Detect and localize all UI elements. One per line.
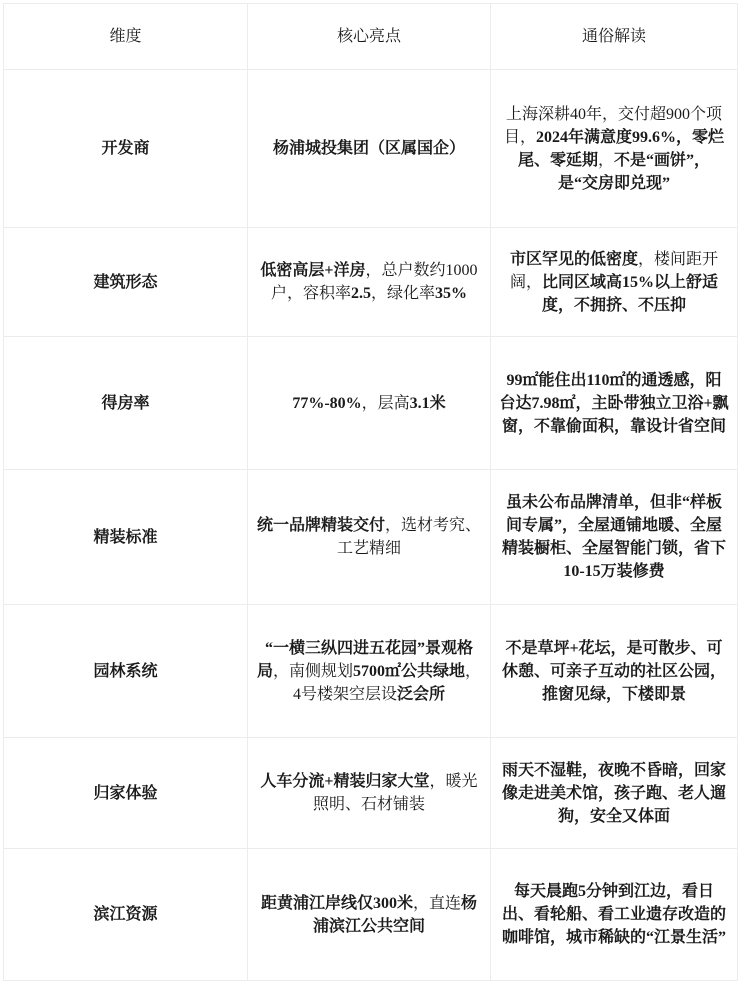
text-segment: 杨浦城投集团（区属国企） (273, 140, 465, 157)
comparison-table: 维度 核心亮点 通俗解读 开发商杨浦城投集团（区属国企）上海深耕40年，交付超9… (3, 3, 738, 981)
header-row: 维度 核心亮点 通俗解读 (4, 4, 738, 70)
cell-dimension: 园林系统 (4, 605, 248, 738)
text-segment: 虽未公布品牌清单，但非“样板间专属”，全屋通铺地暖、全屋精装橱柜、全屋智能门锁，… (502, 494, 726, 580)
text-segment: ，直连 (413, 895, 461, 912)
text-segment: 99㎡能住出110㎡的通透感，阳台达7.98㎡，主卧带独立卫浴+飘窗，不靠偷面积… (499, 372, 728, 435)
text-segment: 精装标准 (93, 529, 157, 546)
cell-interpretation: 市区罕见的低密度，楼间距开阔，比同区域高15%以上舒适度，不拥挤、不压抑 (491, 228, 738, 337)
text-segment: 77%-80% (292, 395, 361, 412)
cell-highlight: 距黄浦江岸线仅300米，直连杨浦滨江公共空间 (248, 849, 491, 981)
table-body: 开发商杨浦城投集团（区属国企）上海深耕40年，交付超900个项目，2024年满意… (4, 70, 738, 981)
cell-dimension: 建筑形态 (4, 228, 248, 337)
text-segment: 建筑形态 (93, 274, 157, 291)
column-header-highlight: 核心亮点 (248, 4, 491, 70)
text-segment: 泛会所 (397, 686, 445, 703)
cell-highlight: 低密高层+洋房，总户数约1000户，容积率2.5，绿化率35% (248, 228, 491, 337)
text-segment: 3.1米 (410, 395, 446, 412)
text-segment: 低密高层+洋房 (260, 262, 365, 279)
text-segment: 市区罕见的低密度 (510, 251, 638, 268)
text-segment: ，层高 (362, 395, 410, 412)
text-segment: 开发商 (101, 140, 149, 157)
cell-highlight: “一横三纵四进五花园”景观格局，南侧规划5700㎡公共绿地，4号楼架空层设泛会所 (248, 605, 491, 738)
cell-dimension: 精装标准 (4, 470, 248, 605)
cell-highlight: 统一品牌精装交付，选材考究、工艺精细 (248, 470, 491, 605)
text-segment: 雨天不湿鞋，夜晚不昏暗，回家像走进美术馆，孩子跑、老人遛狗，安全又体面 (502, 762, 726, 825)
text-segment: 不是草坪+花坛，是可散步、可休憩、可亲子互动的社区公园，推窗见绿，下楼即景 (502, 640, 726, 703)
cell-dimension: 开发商 (4, 70, 248, 228)
table-row: 精装标准统一品牌精装交付，选材考究、工艺精细虽未公布品牌清单，但非“样板间专属”… (4, 470, 738, 605)
cell-dimension: 得房率 (4, 337, 248, 470)
text-segment: 园林系统 (93, 663, 157, 680)
text-segment: ，绿化率 (371, 285, 435, 302)
column-header-interpretation: 通俗解读 (491, 4, 738, 70)
table-row: 园林系统“一横三纵四进五花园”景观格局，南侧规划5700㎡公共绿地，4号楼架空层… (4, 605, 738, 738)
cell-interpretation: 99㎡能住出110㎡的通透感，阳台达7.98㎡，主卧带独立卫浴+飘窗，不靠偷面积… (491, 337, 738, 470)
cell-highlight: 77%-80%，层高3.1米 (248, 337, 491, 470)
cell-dimension: 滨江资源 (4, 849, 248, 981)
text-segment: 人车分流+精装归家大堂 (260, 773, 429, 790)
text-segment: 滨江资源 (93, 906, 157, 923)
text-segment: 归家体验 (93, 785, 157, 802)
table-row: 得房率77%-80%，层高3.1米99㎡能住出110㎡的通透感，阳台达7.98㎡… (4, 337, 738, 470)
table-row: 归家体验人车分流+精装归家大堂，暖光照明、石材铺装雨天不湿鞋，夜晚不昏暗，回家像… (4, 738, 738, 849)
table-header: 维度 核心亮点 通俗解读 (4, 4, 738, 70)
text-segment: ， (598, 152, 614, 169)
text-segment: 距黄浦江岸线仅300米 (261, 895, 413, 912)
text-segment: ，南侧规划 (273, 663, 353, 680)
text-segment: 2.5 (351, 285, 371, 302)
text-segment: 得房率 (101, 395, 149, 412)
text-segment: 比同区域高15%以上舒适度，不拥挤、不压抑 (542, 274, 718, 314)
cell-interpretation: 雨天不湿鞋，夜晚不昏暗，回家像走进美术馆，孩子跑、老人遛狗，安全又体面 (491, 738, 738, 849)
cell-highlight: 人车分流+精装归家大堂，暖光照明、石材铺装 (248, 738, 491, 849)
cell-highlight: 杨浦城投集团（区属国企） (248, 70, 491, 228)
table-row: 建筑形态低密高层+洋房，总户数约1000户，容积率2.5，绿化率35%市区罕见的… (4, 228, 738, 337)
text-segment: 35% (435, 285, 467, 302)
text-segment: 统一品牌精装交付 (257, 517, 385, 534)
text-segment: 5700㎡公共绿地 (353, 663, 465, 680)
table-row: 滨江资源距黄浦江岸线仅300米，直连杨浦滨江公共空间每天晨跑5分钟到江边，看日出… (4, 849, 738, 981)
cell-interpretation: 上海深耕40年，交付超900个项目，2024年满意度99.6%，零烂尾、零延期，… (491, 70, 738, 228)
text-segment: 每天晨跑5分钟到江边，看日出、看轮船、看工业遗存改造的咖啡馆，城市稀缺的“江景生… (502, 883, 726, 946)
column-header-dimension: 维度 (4, 4, 248, 70)
cell-interpretation: 每天晨跑5分钟到江边，看日出、看轮船、看工业遗存改造的咖啡馆，城市稀缺的“江景生… (491, 849, 738, 981)
table-row: 开发商杨浦城投集团（区属国企）上海深耕40年，交付超900个项目，2024年满意… (4, 70, 738, 228)
cell-interpretation: 不是草坪+花坛，是可散步、可休憩、可亲子互动的社区公园，推窗见绿，下楼即景 (491, 605, 738, 738)
cell-dimension: 归家体验 (4, 738, 248, 849)
cell-interpretation: 虽未公布品牌清单，但非“样板间专属”，全屋通铺地暖、全屋精装橱柜、全屋智能门锁，… (491, 470, 738, 605)
